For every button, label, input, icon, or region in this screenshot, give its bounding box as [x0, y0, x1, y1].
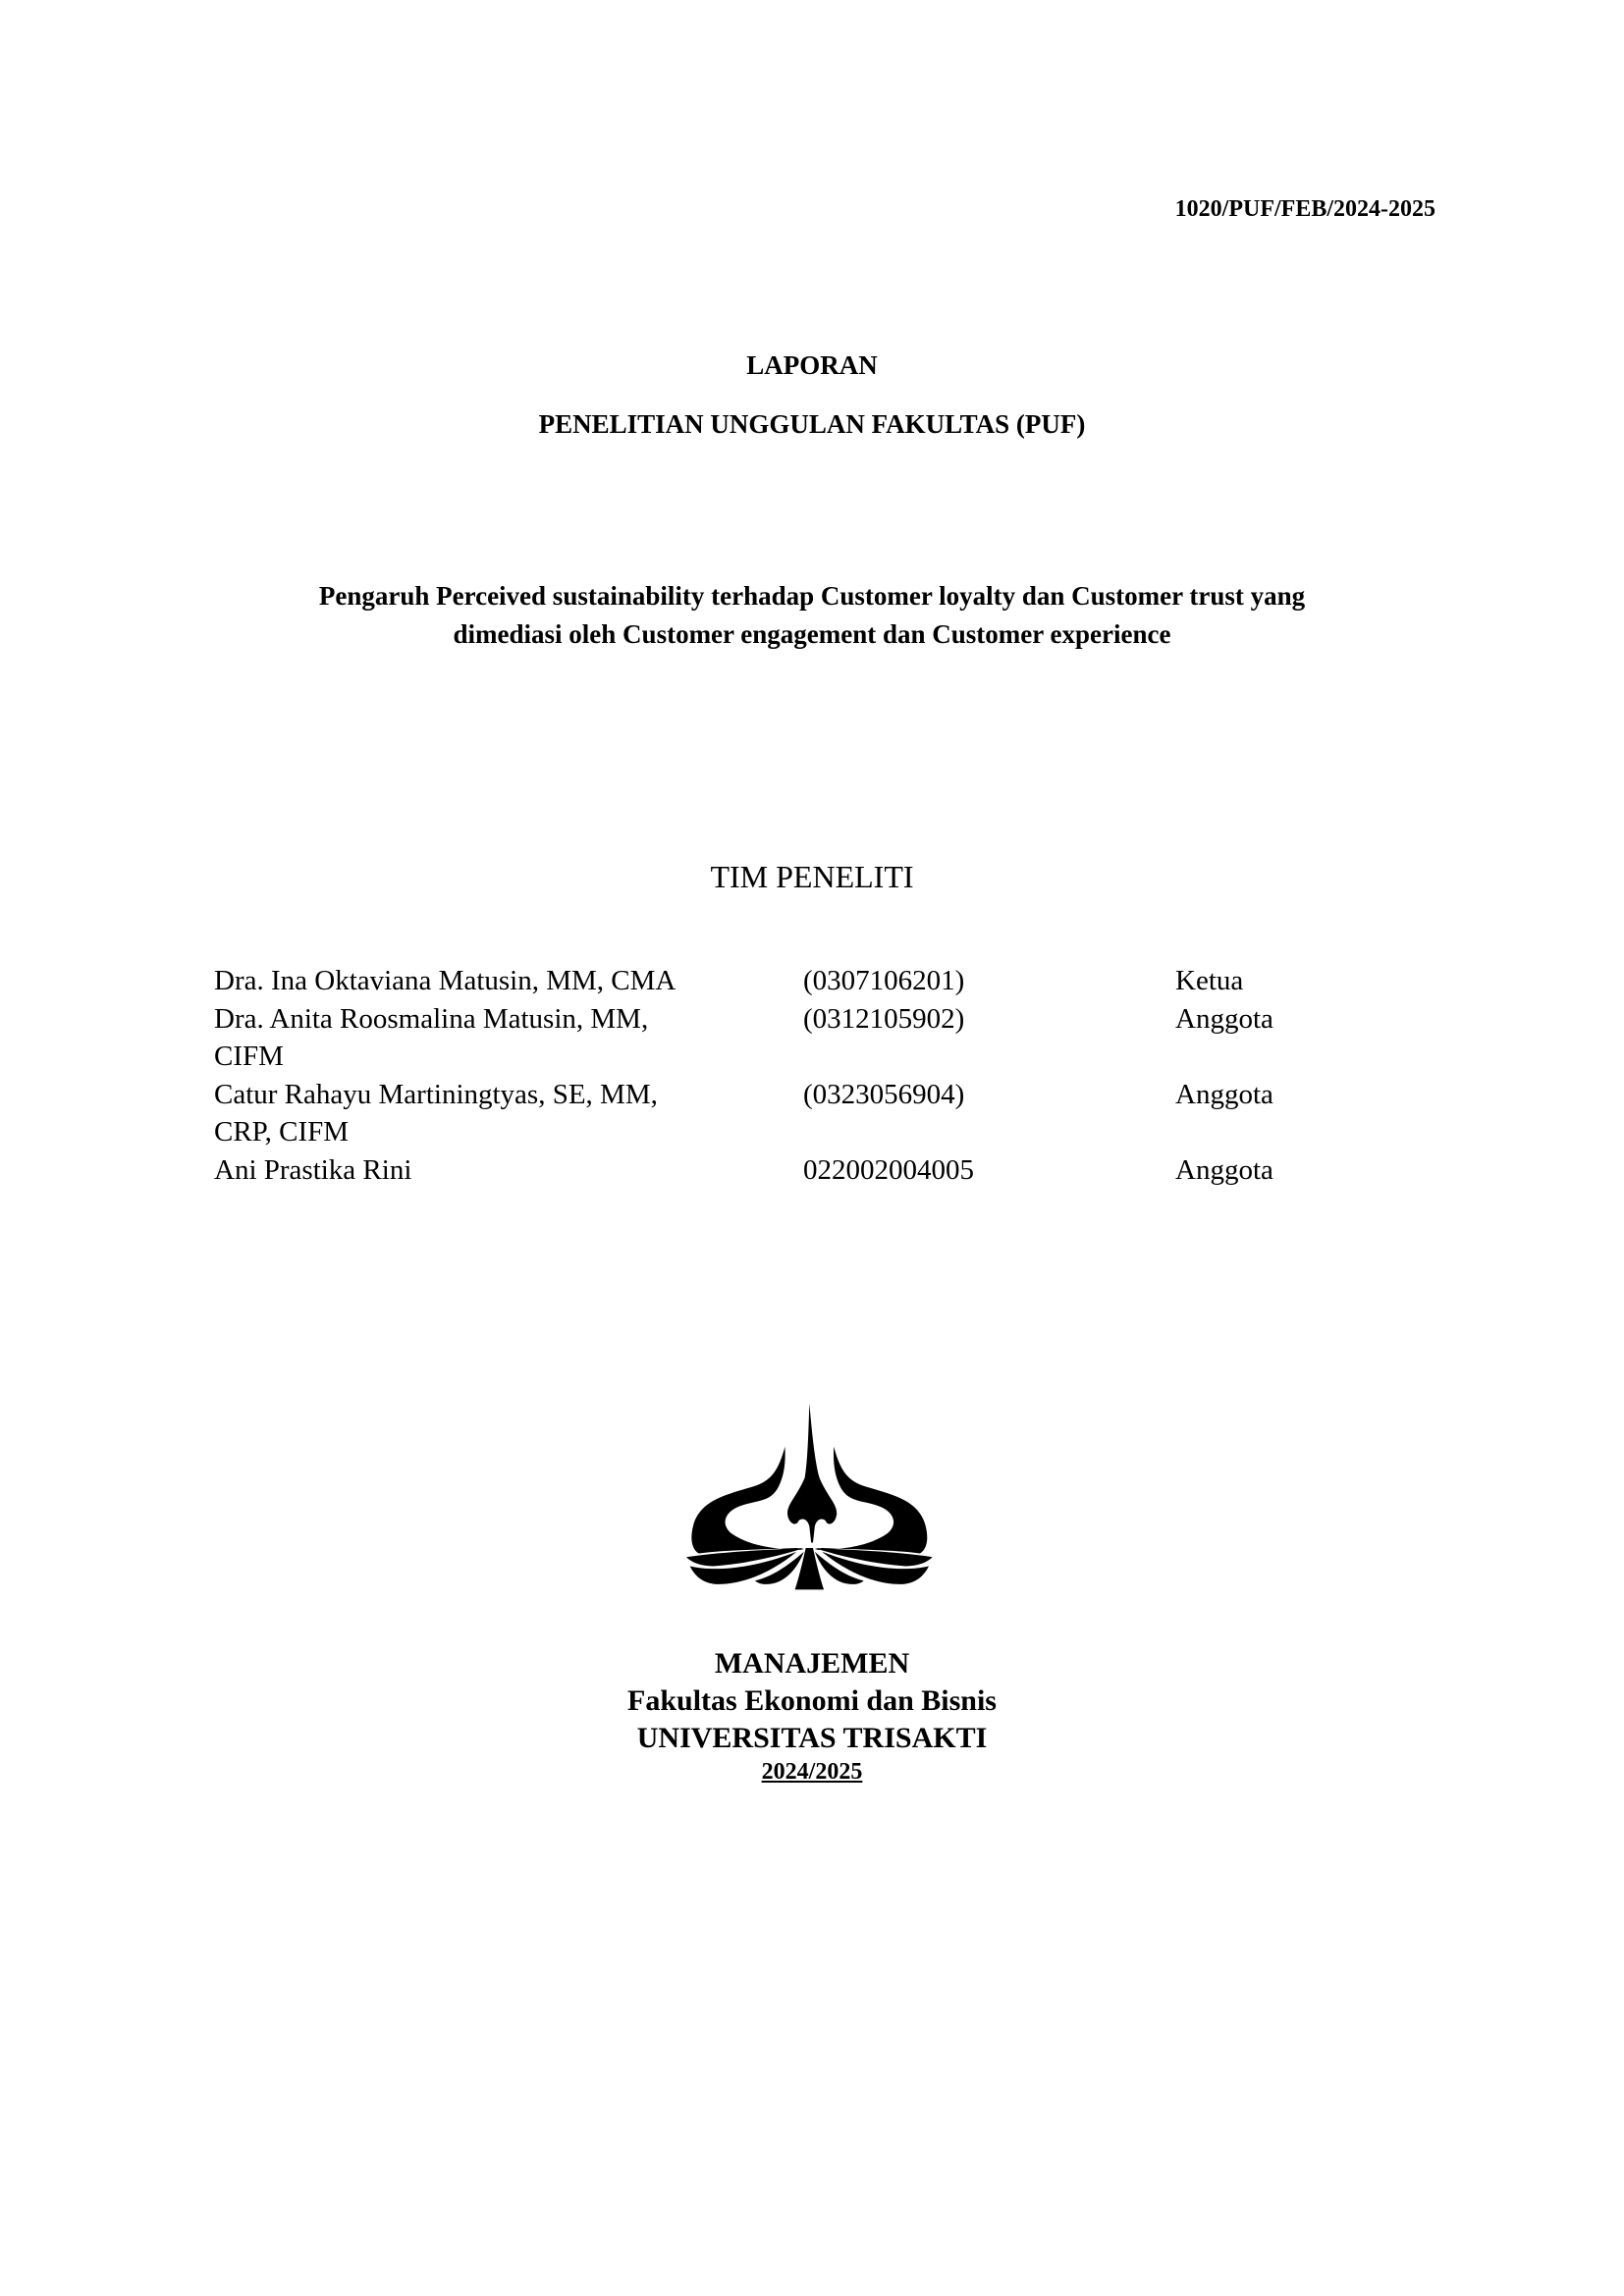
member-name: Dra. Anita Roosmalina Matusin, MM, CIFM [214, 1000, 803, 1076]
team-member-row: Ani Prastika Rini 022002004005 Anggota [214, 1151, 1372, 1190]
member-name-line: Ani Prastika Rini [214, 1151, 803, 1190]
university-name: UNIVERSITAS TRISAKTI [0, 1720, 1624, 1757]
research-title-line-2: dimediasi oleh Customer engagement dan C… [0, 615, 1624, 654]
team-heading: TIM PENELITI [0, 859, 1624, 895]
member-role: Anggota [1175, 1076, 1372, 1151]
academic-year: 2024/2025 [0, 1757, 1624, 1787]
member-name-line: CIFM [214, 1038, 803, 1076]
member-name-line: Catur Rahayu Martiningtyas, SE, MM, [214, 1076, 803, 1114]
faculty-name: Fakultas Ekonomi dan Bisnis [0, 1682, 1624, 1720]
reference-code: 1020/PUF/FEB/2024-2025 [1175, 196, 1435, 223]
member-role: Anggota [1175, 1000, 1372, 1076]
department-name: MANAJEMEN [0, 1645, 1624, 1682]
member-id: 022002004005 [803, 1151, 1175, 1190]
member-role: Anggota [1175, 1151, 1372, 1190]
member-name-line: Dra. Ina Oktaviana Matusin, MM, CMA [214, 962, 803, 1000]
team-member-row: Catur Rahayu Martiningtyas, SE, MM, CRP,… [214, 1076, 1372, 1151]
institution-block: MANAJEMEN Fakultas Ekonomi dan Bisnis UN… [0, 1645, 1624, 1787]
member-name: Catur Rahayu Martiningtyas, SE, MM, CRP,… [214, 1076, 803, 1151]
member-id: (0307106201) [803, 962, 1175, 1000]
team-table: Dra. Ina Oktaviana Matusin, MM, CMA (030… [214, 962, 1372, 1189]
member-name: Ani Prastika Rini [214, 1151, 803, 1190]
team-member-row: Dra. Anita Roosmalina Matusin, MM, CIFM … [214, 1000, 1372, 1076]
research-title: Pengaruh Perceived sustainability terhad… [0, 577, 1624, 654]
member-id: (0323056904) [803, 1076, 1175, 1151]
research-title-line-1: Pengaruh Perceived sustainability terhad… [0, 577, 1624, 615]
member-role: Ketua [1175, 962, 1372, 1000]
university-logo-icon [676, 1398, 950, 1606]
member-name-line: Dra. Anita Roosmalina Matusin, MM, [214, 1000, 803, 1039]
team-member-row: Dra. Ina Oktaviana Matusin, MM, CMA (030… [214, 962, 1372, 1000]
member-name-line: CRP, CIFM [214, 1113, 803, 1151]
report-label: LAPORAN [0, 350, 1624, 381]
program-name: PENELITIAN UNGGULAN FAKULTAS (PUF) [0, 409, 1624, 440]
member-id: (0312105902) [803, 1000, 1175, 1076]
member-name: Dra. Ina Oktaviana Matusin, MM, CMA [214, 962, 803, 1000]
